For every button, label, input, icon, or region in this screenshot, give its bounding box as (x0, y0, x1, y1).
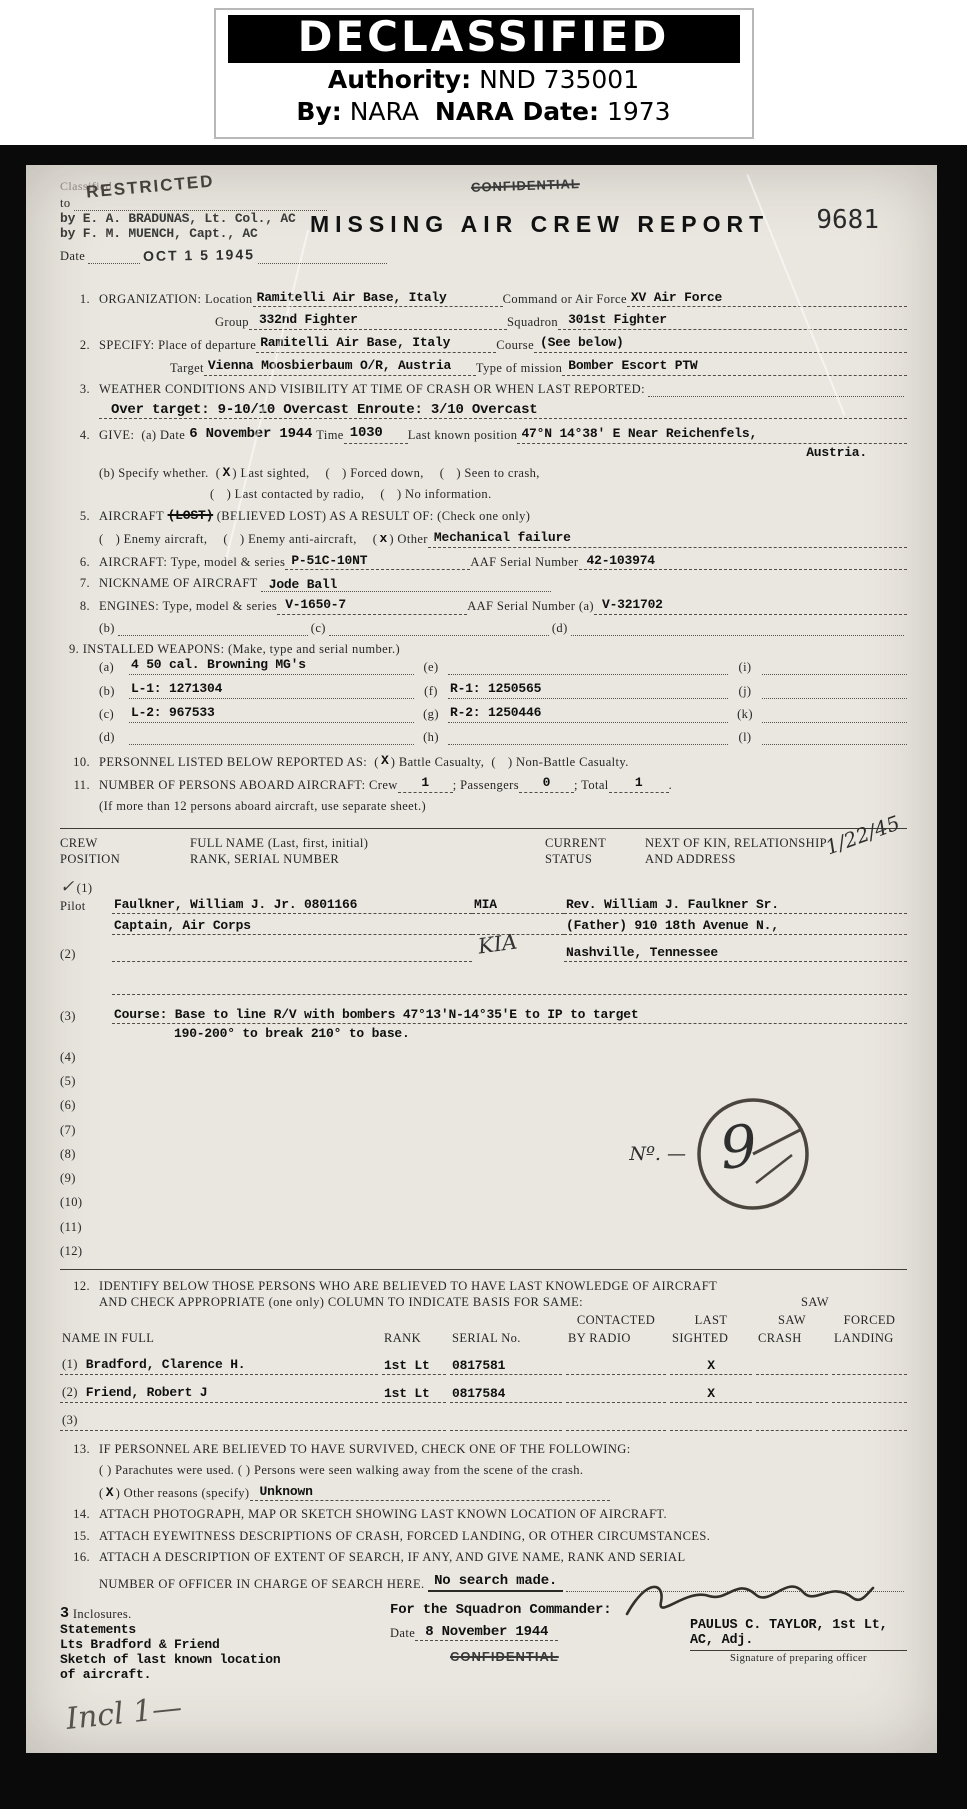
section-6-line: 6. AIRCRAFT: Type, model & series P-51C-… (60, 553, 907, 571)
section-2-line-2: Target Vienna Moosbierbaum O/R, Austria … (170, 358, 907, 376)
other-reasons-value: Unknown (250, 1484, 610, 1502)
section-5-line-2: () Enemy aircraft,() Enemy anti-aircraft… (99, 530, 907, 548)
squadron-label: Squadron (507, 314, 558, 330)
section-11-number: 11. (60, 777, 90, 793)
weapons-label: INSTALLED WEAPONS: (Make, type and seria… (83, 641, 400, 657)
identify-name: Friend, Robert J (86, 1385, 208, 1400)
crew-table-header-row-2: POSITION RANK, SERIAL NUMBER STATUS AND … (60, 851, 907, 867)
section-4-line-2: (b) Specify whether. (X) Last sighted,()… (99, 465, 907, 482)
position-value-2: Austria. (806, 445, 867, 460)
crew-row-1: ✓(1) Pilot Faulkner, William J. Jr. 0801… (60, 876, 907, 914)
aircraft-type-label: AIRCRAFT: Type, model & series (99, 554, 285, 570)
identify-col-head: RANK (382, 1329, 446, 1347)
checkbox-mark: x (377, 531, 389, 548)
weapon-value: L-1: 1271304 (129, 681, 414, 699)
section-4-number: 4. (60, 427, 90, 443)
section-7-number: 7. (60, 575, 90, 591)
identify-row: (3) (60, 1410, 907, 1431)
identify-row-number: (2) (62, 1385, 78, 1399)
weapon-slot-label: (k) (728, 706, 762, 722)
identify-radio-mark (566, 1386, 666, 1403)
loss-cause-options: () Enemy aircraft,() Enemy anti-aircraft… (99, 531, 428, 548)
nickname-value: Jode Ball (261, 577, 551, 592)
crew-row-number: (7) (60, 1122, 112, 1138)
section-12-line-2: AND CHECK APPROPRIATE (one only) COLUMN … (99, 1294, 907, 1310)
identify-col-head: FORCED (832, 1311, 907, 1329)
survived-label: IF PERSONNEL ARE BELIEVED TO HAVE SURVIV… (99, 1441, 631, 1457)
crew-row-number: (6) (60, 1097, 112, 1113)
crew-header-status-1: CURRENT (545, 835, 645, 851)
circled-number-value: 9 (717, 1111, 761, 1182)
section-4-line-1b: Austria. (60, 445, 907, 460)
footer-date-value: 8 November 1944 (415, 1624, 558, 1641)
weather-label: WEATHER CONDITIONS AND VISIBILITY AT TIM… (99, 381, 645, 397)
other-cause-value: Mechanical failure (428, 530, 907, 548)
section-5-line-1: 5. AIRCRAFT (LOST) (BELIEVED LOST) AS A … (60, 508, 907, 525)
aircraft-lost-label-post: (BELIEVED LOST) AS A RESULT OF: (Check o… (217, 508, 531, 524)
inclosure-item-3: Sketch of last known location (60, 1652, 390, 1667)
section-16-line-1: 16. ATTACH A DESCRIPTION OF EXTENT OF SE… (60, 1549, 907, 1565)
command-value: XV Air Force (627, 290, 907, 308)
survived-options: ( ) Parachutes were used. ( ) Persons we… (99, 1462, 583, 1478)
weapon-slot-label: (a) (99, 659, 129, 675)
identify-col-head: BY RADIO (566, 1329, 666, 1347)
checkbox-label: Forced down, (350, 465, 424, 481)
checkbox-label: Enemy anti-aircraft, (248, 531, 357, 547)
identify-row-number: (1) (62, 1357, 78, 1371)
pilot-status-typed: MIA (472, 897, 564, 914)
weapon-value (129, 729, 414, 745)
saw-column-word: SAW (801, 1294, 829, 1310)
section-14-number: 14. (60, 1506, 90, 1522)
weapon-slot-label: (f) (414, 683, 448, 699)
authority-value: NND 735001 (479, 65, 639, 94)
section-14-line: 14. ATTACH PHOTOGRAPH, MAP OR SKETCH SHO… (60, 1506, 907, 1522)
engine-b-blank (118, 621, 308, 636)
identify-serial: 0817584 (450, 1385, 562, 1403)
specify-label: SPECIFY: (99, 337, 155, 353)
checkbox-label: Last sighted, (240, 465, 309, 481)
form-footer: 3 Inclosures. Statements Lts Bradford & … (60, 1602, 907, 1731)
document-scan: Classified RESTRICTED to by E. A. BRADUN… (0, 145, 967, 1809)
handwritten-inclosure-note: Incl 1— (64, 1690, 183, 1737)
crew-blank-row: (5) (60, 1073, 907, 1089)
identify-label-2: AND CHECK APPROPRIATE (one only) COLUMN … (99, 1294, 583, 1310)
weapon-slot-label: (c) (99, 706, 129, 722)
checkbox-option: (X) Last sighted, (216, 465, 310, 482)
position-label: Last known position (408, 427, 518, 443)
declassified-banner: DECLASSIFIED Authority: NND 735001 By: N… (214, 8, 754, 139)
identify-row: (1) Bradford, Clarence H. 1st Lt 0817581… (60, 1354, 907, 1375)
specify-whether-options-1: (X) Last sighted,() Forced down,() Seen … (216, 465, 540, 482)
nickname-label: NICKNAME OF AIRCRAFT (99, 575, 258, 591)
crew-blank-row: (4) (60, 1049, 907, 1065)
checkbox-option: () Enemy anti-aircraft, (223, 531, 356, 548)
confidential-stamp-bottom: CONFIDENTIAL (450, 1649, 690, 1664)
crew-header-name-1: FULL NAME (Last, first, initial) (190, 835, 545, 851)
crew-header-status-2: STATUS (545, 851, 645, 867)
separate-sheet-note: (If more than 12 persons aboard aircraft… (99, 798, 426, 814)
section-1-line-2: Group 332nd Fighter Squadron 301st Fight… (215, 312, 907, 330)
inclosures-label: Inclosures. (73, 1606, 132, 1622)
battle-casualty-label: Battle Casualty, (399, 754, 484, 770)
identify-rank: 1st Lt (382, 1357, 446, 1375)
specify-whether-label: (b) Specify whether. (99, 465, 209, 481)
weapon-value: R-2: 1250446 (448, 705, 728, 723)
received-date-stamp: OCT 1 5 1945 (143, 245, 255, 265)
other-reasons-mark: X (104, 1485, 116, 1502)
section-1-line-1: 1. ORGANIZATION: Location Ramitelli Air … (60, 290, 907, 308)
inclosure-item-1: Statements (60, 1622, 390, 1637)
section-16-number: 16. (60, 1549, 90, 1565)
crew-header-position-2: POSITION (60, 851, 190, 867)
engine-d-blank (571, 621, 904, 636)
aaf-serial-value: 42-103974 (579, 553, 908, 571)
date-blank (88, 249, 140, 264)
course-value: (See below) (534, 335, 907, 353)
engine-c-blank (329, 621, 549, 636)
identify-row-number: (3) (62, 1413, 78, 1427)
section-13-line-2: ( ) Parachutes were used. ( ) Persons we… (99, 1462, 907, 1478)
pilot-name-serial: Faulkner, William J. Jr. 0801166 (112, 897, 472, 914)
group-label: Group (215, 314, 249, 330)
identify-col-head: LAST (670, 1311, 752, 1329)
location-label: Location (205, 291, 253, 307)
section-9-number: 9. (69, 641, 79, 657)
section-3-line-1: 3. WEATHER CONDITIONS AND VISIBILITY AT … (60, 381, 907, 397)
identify-name: Bradford, Clarence H. (86, 1357, 246, 1372)
weapon-value (762, 659, 907, 675)
authority-line: Authority: NND 735001 (228, 66, 740, 95)
total-period: . (669, 777, 673, 793)
section-6-number: 6. (60, 554, 90, 570)
inclosure-item-4: of aircraft. (60, 1667, 390, 1682)
section-10-number: 10. (60, 754, 90, 770)
identify-sighted-mark: X (670, 1385, 752, 1403)
identify-col-head: SAW (756, 1311, 828, 1329)
identify-radio-mark (566, 1358, 666, 1375)
search-made-value: No search made. (428, 1572, 563, 1592)
weapons-grid: (a) 4 50 cal. Browning MG's (e) (i) (b) … (99, 657, 907, 745)
section-3-number: 3. (60, 381, 90, 397)
crew-count-value: 1 (398, 775, 453, 793)
attach-eyewitness-label: ATTACH EYEWITNESS DESCRIPTIONS OF CRASH,… (99, 1528, 710, 1544)
checkbox-option: () Last contacted by radio, (210, 486, 364, 502)
declassified-title: DECLASSIFIED (228, 15, 740, 63)
lost-struck-word: (LOST) (168, 508, 214, 525)
identify-col-head: SERIAL No. (450, 1329, 562, 1347)
identify-table-head-2: NAME IN FULLRANKSERIAL No.BY RADIOSIGHTE… (60, 1329, 907, 1347)
crew-blank-row: (11) (60, 1219, 907, 1235)
footer-date-label: Date (390, 1625, 415, 1641)
give-date-value: 6 November 1944 (185, 425, 316, 443)
crew-row-2-name-blank (112, 945, 472, 962)
position-value: 47°N 14°38' E Near Reichenfels, (517, 426, 907, 444)
identify-sighted-mark (670, 1414, 752, 1431)
identify-radio-mark (566, 1414, 666, 1431)
identify-name-cell: (1) Bradford, Clarence H. (60, 1354, 378, 1375)
inclosure-count: 3 (60, 1605, 69, 1622)
engine-type-value: V-1650-7 (277, 597, 467, 615)
attach-photo-label: ATTACH PHOTOGRAPH, MAP OR SKETCH SHOWING… (99, 1506, 667, 1522)
section-1-number: 1. (60, 291, 90, 307)
identify-name-cell: (2) Friend, Robert J (60, 1382, 378, 1403)
weapon-value: L-2: 967533 (129, 705, 414, 723)
section-9-line-1: 9. INSTALLED WEAPONS: (Make, type and se… (69, 641, 907, 657)
crew-row-number: (12) (60, 1243, 112, 1259)
total-label: ; Total (574, 777, 609, 793)
crew-row-3-number: (3) (60, 1008, 112, 1024)
section-2-line-1: 2. SPECIFY: Place of departure Ramitelli… (60, 335, 907, 353)
crew-row-number: (10) (60, 1194, 112, 1210)
section-12-line-1: 12. IDENTIFY BELOW THOSE PERSONS WHO ARE… (60, 1269, 907, 1294)
weapon-value (762, 683, 907, 699)
section-8-number: 8. (60, 598, 90, 614)
identify-name-cell: (3) (60, 1410, 378, 1431)
location-value: Ramitelli Air Base, Italy (253, 290, 503, 308)
crew-row-3b: 190-200° to break 210° to base. (60, 1026, 907, 1041)
weapon-value (762, 729, 907, 745)
macr-form-page: Classified RESTRICTED to by E. A. BRADUN… (26, 165, 937, 1754)
signature-caption: Signature of preparing officer (690, 1650, 907, 1666)
section-8-line-1: 8. ENGINES: Type, model & series V-1650-… (60, 597, 907, 615)
crew-table: 1/22/45 CREW FULL NAME (Last, first, ini… (60, 828, 907, 1259)
section-3-line-2: Over target: 9-10/10 Overcast Enroute: 3… (60, 402, 907, 419)
pilot-kin-line-1: Rev. William J. Faulkner Sr. (564, 897, 907, 914)
give-date-label: (a) Date (141, 427, 185, 443)
course-description-line-1: Course: Base to line R/V with bombers 47… (112, 1007, 907, 1024)
course-label: Course (496, 337, 534, 353)
engine-type-label: ENGINES: Type, model & series (99, 598, 277, 614)
weapon-value (762, 707, 907, 723)
date-label: Date (60, 248, 85, 264)
checkbox-label: Seen to crash, (464, 465, 539, 481)
section-10-line: 10. PERSONNEL LISTED BELOW REPORTED AS: … (60, 753, 907, 770)
pilot-kin-line-2: (Father) 910 18th Avenue N., (564, 918, 907, 935)
nara-date-value: 1973 (607, 97, 671, 126)
section-7-line: 7. NICKNAME OF AIRCRAFT Jode Ball (60, 575, 907, 591)
course-description-line-2: 190-200° to break 210° to base. (174, 1026, 410, 1041)
attach-search-label-1: ATTACH A DESCRIPTION OF EXTENT OF SEARCH… (99, 1549, 685, 1565)
checkbox-label: Last contacted by radio, (235, 486, 365, 502)
crew-table-header-row-1: CREW FULL NAME (Last, first, initial) CU… (60, 835, 907, 851)
section-13-number: 13. (60, 1441, 90, 1457)
section-11-line-1: 11. NUMBER OF PERSONS ABOARD AIRCRAFT: C… (60, 775, 907, 793)
crew-header-position-1: CREW (60, 835, 190, 851)
give-label: GIVE: (99, 427, 134, 443)
inclosure-item-2: Lts Bradford & Friend (60, 1637, 390, 1652)
command-label: Command or Air Force (503, 291, 627, 307)
checkbox-option: (x) Other (373, 531, 428, 548)
circled-number: 9 (694, 1095, 812, 1213)
organization-label: ORGANIZATION: (99, 291, 201, 307)
section-2-number: 2. (60, 337, 90, 353)
pilot-kin-line-3: Nashville, Tennessee (564, 945, 907, 962)
non-battle-casualty-label: Non-Battle Casualty. (516, 754, 629, 770)
identify-rank: 1st Lt (382, 1385, 446, 1403)
handwritten-checkmark: ✓ (60, 877, 75, 897)
crew-row-2-number: (2) (60, 946, 112, 962)
form-title: MISSING AIR CREW REPORT (310, 211, 740, 238)
identify-serial (450, 1414, 562, 1431)
section-13-line-1: 13. IF PERSONNEL ARE BELIEVED TO HAVE SU… (60, 1441, 907, 1457)
crew-row-2-blank-line (112, 978, 907, 995)
identify-rank (382, 1414, 446, 1431)
weapon-value (448, 729, 728, 745)
engine-serial-label: AAF Serial Number (a) (467, 598, 594, 614)
report-number: 9681 (816, 205, 879, 235)
aaf-serial-label: AAF Serial Number (470, 554, 578, 570)
give-time-label: Time (316, 427, 344, 443)
identify-label-1: IDENTIFY BELOW THOSE PERSONS WHO ARE BEL… (99, 1278, 717, 1294)
weather-blank (648, 382, 904, 397)
identify-landing-mark (832, 1358, 907, 1375)
checkbox-option: () Forced down, (326, 465, 424, 482)
personnel-reported-label: PERSONNEL LISTED BELOW REPORTED AS: (99, 754, 367, 770)
crew-row-number: (4) (60, 1049, 112, 1065)
identify-table-rows: (1) Bradford, Clarence H. 1st Lt 0817581… (60, 1354, 907, 1431)
weapon-slot-label: (i) (728, 659, 762, 675)
weapon-slot-label: (h) (414, 729, 448, 745)
by-line: By: NARA NARA Date: 1973 (228, 98, 740, 127)
crew-row-number: (11) (60, 1219, 112, 1235)
battle-casualty-mark: X (379, 753, 391, 770)
crew-row-number: (8) (60, 1146, 112, 1162)
signature (617, 1568, 877, 1626)
identify-col-head: CONTACTED (566, 1311, 666, 1329)
to-label: to (60, 195, 71, 211)
identify-crash-mark (756, 1386, 828, 1403)
checkbox-label: No information. (405, 486, 492, 502)
identify-col-head: NAME IN FULL (60, 1329, 378, 1347)
checkbox-option: () Enemy aircraft, (99, 531, 207, 548)
identify-table-head-1: CONTACTEDLASTSAWFORCED (60, 1311, 907, 1329)
no-label: Nº. — (629, 1143, 686, 1165)
identify-landing-mark (832, 1386, 907, 1403)
total-count-value: 1 (609, 775, 669, 793)
engine-d-label: (d) (552, 620, 568, 636)
crew-header-name-2: RANK, SERIAL NUMBER (190, 851, 545, 867)
pilot-rank: Captain, Air Corps (112, 918, 472, 935)
weapon-slot-label: (g) (414, 706, 448, 722)
identify-crash-mark (756, 1414, 828, 1431)
weapon-slot-label: (j) (728, 683, 762, 699)
departure-value: Ramitelli Air Base, Italy (256, 335, 496, 353)
departure-label: Place of departure (158, 337, 256, 353)
target-value: Vienna Moosbierbaum O/R, Austria (204, 358, 476, 376)
section-5-number: 5. (60, 508, 90, 524)
engine-serial-value: V-321702 (594, 597, 907, 615)
weapon-value: 4 50 cal. Browning MG's (129, 657, 414, 675)
section-15-line: 15. ATTACH EYEWITNESS DESCRIPTIONS OF CR… (60, 1528, 907, 1544)
crew-row-3: (3) Course: Base to line R/V with bomber… (60, 1007, 907, 1024)
doc-header: Classified RESTRICTED to by E. A. BRADUN… (60, 177, 907, 285)
section-4-line-3: () Last contacted by radio,() No informa… (210, 486, 907, 502)
crew-row-1b: Captain, Air Corps KIA (Father) 910 18th… (60, 918, 907, 935)
persons-aboard-label: NUMBER OF PERSONS ABOARD AIRCRAFT: Crew (99, 777, 398, 793)
section-13-line-3: (X) Other reasons (specify) Unknown (99, 1484, 907, 1502)
passengers-label: ; Passengers (453, 777, 519, 793)
crew-row-1-number: (1) (77, 881, 93, 895)
identify-col-head: SIGHTED (670, 1329, 752, 1347)
identify-crash-mark (756, 1358, 828, 1375)
crew-row-2b (60, 978, 907, 995)
weapon-value: R-1: 1250565 (448, 681, 728, 699)
crew-header-kin-2: AND ADDRESS (645, 851, 907, 867)
date-blank-2 (258, 249, 387, 264)
aircraft-lost-label-pre: AIRCRAFT (99, 508, 164, 524)
by-label: By: (296, 97, 341, 126)
crew-row-number: (9) (60, 1170, 112, 1186)
weapon-slot-label: (d) (99, 729, 129, 745)
group-value: 332nd Fighter (249, 312, 507, 330)
attach-search-label-2: NUMBER OF OFFICER IN CHARGE OF SEARCH HE… (99, 1576, 425, 1592)
other-reasons-label: Other reasons (specify) (124, 1485, 250, 1501)
crew-blank-row: (12) (60, 1243, 907, 1259)
weapon-slot-label: (b) (99, 683, 129, 699)
section-4-line-1: 4. GIVE: (a) Date 6 November 1944 Time 1… (60, 424, 907, 443)
mission-value: Bomber Escort PTW (562, 358, 907, 376)
authority-label: Authority: (328, 65, 471, 94)
mission-label: Type of mission (476, 360, 562, 376)
weather-value: Over target: 9-10/10 Overcast Enroute: 3… (99, 402, 907, 419)
identify-row: (2) Friend, Robert J 1st Lt 0817584 X (60, 1382, 907, 1403)
weapon-slot-label: (l) (728, 729, 762, 745)
identify-col-head: LANDING (832, 1329, 907, 1347)
checkbox-mark: X (220, 465, 232, 482)
section-8-line-2: (b) (c) (d) (99, 620, 907, 636)
weapon-slot-label: (e) (414, 659, 448, 675)
specify-whether-options-2: () Last contacted by radio,() No informa… (210, 486, 492, 502)
crew-row-1-position: Pilot (60, 899, 86, 913)
squadron-value: 301st Fighter (558, 312, 907, 330)
nara-date-label: NARA Date: (435, 97, 599, 126)
checkbox-label: Enemy aircraft, (124, 531, 208, 547)
checkbox-label: Other (397, 531, 427, 547)
target-label: Target (170, 360, 204, 376)
weapon-value (448, 659, 728, 675)
identify-col-head: CRASH (756, 1329, 828, 1347)
identify-landing-mark (832, 1414, 907, 1431)
engine-b-label: (b) (99, 620, 115, 636)
crew-row-number: (5) (60, 1073, 112, 1089)
by-value: NARA (350, 97, 419, 126)
identify-sighted-mark: X (670, 1357, 752, 1375)
identify-serial: 0817581 (450, 1357, 562, 1375)
handwritten-number-annotation: Nº. — 9 (629, 1095, 812, 1213)
passengers-count-value: 0 (519, 775, 574, 793)
checkbox-option: () Seen to crash, (440, 465, 540, 482)
section-11-line-2: (If more than 12 persons aboard aircraft… (99, 798, 907, 814)
checkbox-option: () No information. (380, 486, 491, 502)
confidential-stamp: CONFIDENTIAL (470, 176, 579, 195)
engine-c-label: (c) (311, 620, 326, 636)
aircraft-type-value: P-51C-10NT (285, 553, 470, 571)
give-time-value: 1030 (344, 424, 408, 443)
section-12-number: 12. (60, 1278, 90, 1294)
section-15-number: 15. (60, 1528, 90, 1544)
